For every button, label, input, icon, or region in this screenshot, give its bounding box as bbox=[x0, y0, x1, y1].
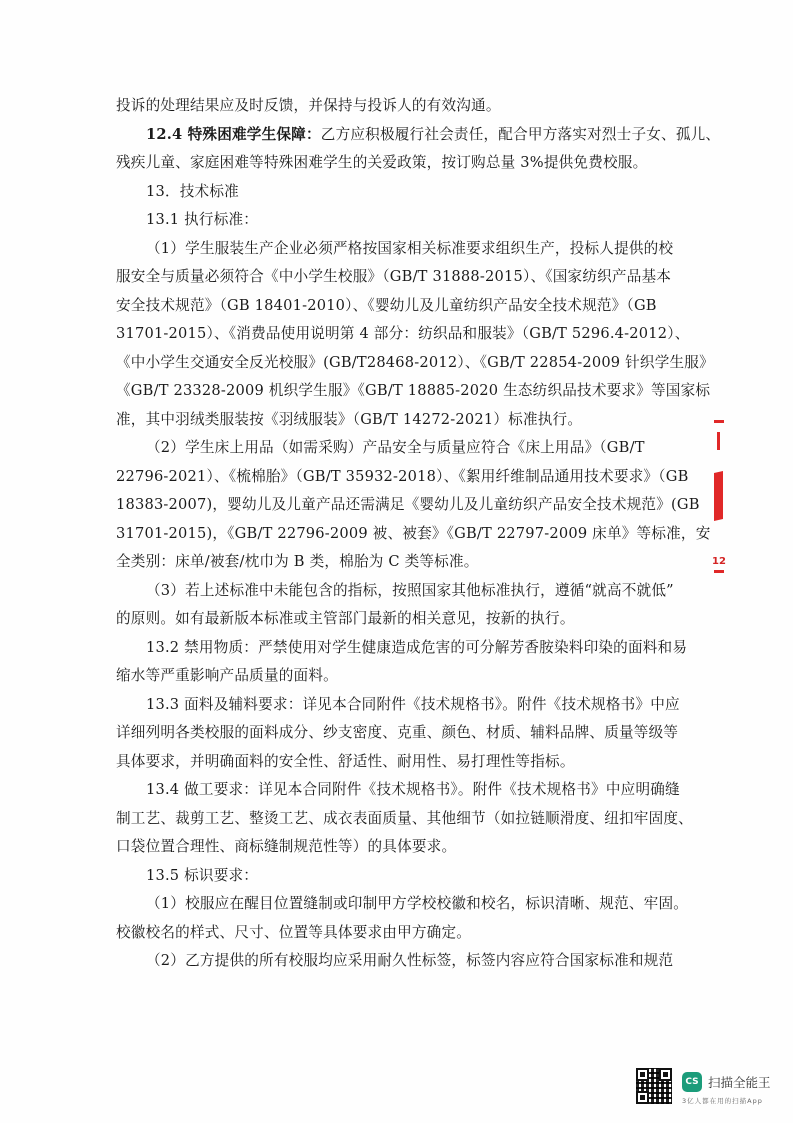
section-label-12-4: 12.4 特殊困难学生保障： bbox=[146, 126, 321, 143]
text-line: 缩水等严重影响产品质量的面料。 bbox=[116, 662, 676, 691]
text-line: 的原则。如有最新版本标准或主管部门最新的相关意见，按新的执行。 bbox=[116, 605, 676, 634]
text-line: 校徽校名的样式、尺寸、位置等具体要求由甲方确定。 bbox=[116, 919, 676, 948]
section-heading-13-1: 13.1 执行标准： bbox=[116, 206, 676, 235]
text-line: （2）学生床上用品（如需采购）产品安全与质量应符合《床上用品》（GB/T bbox=[116, 434, 676, 463]
text-line: 31701-2015)，《GB/T 22796-2009 被、被套》《GB/T … bbox=[116, 520, 676, 549]
app-name: 扫描全能王 bbox=[708, 1073, 771, 1091]
section-13-5: 13.5 标识要求： bbox=[116, 862, 676, 891]
app-tagline: 3亿人都在用的扫描App bbox=[682, 1096, 763, 1105]
text-line: 服安全与质量必须符合《中小学生校服》（GB/T 31888-2015）、《国家纺… bbox=[116, 263, 676, 292]
text-line: （1）学生服装生产企业必须严格按国家相关标准要求组织生产，投标人提供的校 bbox=[116, 235, 676, 264]
text-line: 31701-2015）、《消费品使用说明第 4 部分：纺织品和服装》（GB/T … bbox=[116, 320, 676, 349]
section-13-3: 13.3 面料及辅料要求：详见本合同附件《技术规格书》。附件《技术规格书》中应 bbox=[116, 691, 676, 720]
text-line: 残疾儿童、家庭困难等特殊困难学生的关爱政策，按订购总量 3%提供免费校服。 bbox=[116, 149, 676, 178]
text-line: 准，其中羽绒类服装按《羽绒服装》（GB/T 14272-2021）标准执行。 bbox=[116, 406, 676, 435]
text-line: 详细列明各类校服的面料成分、纱支密度、克重、颜色、材质、辅料品牌、质量等级等 bbox=[116, 719, 676, 748]
camscanner-logo-icon: CS bbox=[682, 1072, 702, 1092]
document-body: 投诉的处理结果应及时反馈，并保持与投诉人的有效沟通。 12.4 特殊困难学生保障… bbox=[116, 92, 676, 976]
section-heading-13: 13．技术标准 bbox=[116, 178, 676, 207]
text-line: 《GB/T 23328-2009 机织学生服》《GB/T 18885-2020 … bbox=[116, 377, 676, 406]
text-line: 投诉的处理结果应及时反馈，并保持与投诉人的有效沟通。 bbox=[116, 92, 676, 121]
document-page: 投诉的处理结果应及时反馈，并保持与投诉人的有效沟通。 12.4 特殊困难学生保障… bbox=[0, 0, 793, 1123]
qr-code-icon bbox=[636, 1068, 672, 1104]
section-13-2: 13.2 禁用物质：严禁使用对学生健康造成危害的可分解芳香胺染料印染的面料和易 bbox=[116, 634, 676, 663]
text-line: 《中小学生交通安全反光校服》(GB/T28468-2012）、《GB/T 228… bbox=[116, 349, 676, 378]
section-text: 乙方应积极履行社会责任，配合甲方落实对烈士子女、孤儿、 bbox=[321, 126, 720, 143]
text-line: 18383-2007)，婴幼儿及儿童产品还需满足《婴幼儿及儿童纺织产品安全技术规… bbox=[116, 491, 676, 520]
text-line: 全类别：床单/被套/枕巾为 B 类，棉胎为 C 类等标准。 bbox=[116, 548, 676, 577]
text-line: 12.4 特殊困难学生保障：乙方应积极履行社会责任，配合甲方落实对烈士子女、孤儿… bbox=[116, 121, 676, 150]
text-line: 具体要求，并明确面料的安全性、舒适性、耐用性、易打理性等指标。 bbox=[116, 748, 676, 777]
seal-stamp-number: 12 bbox=[712, 556, 726, 567]
section-13-4: 13.4 做工要求：详见本合同附件《技术规格书》。附件《技术规格书》中应明确缝 bbox=[116, 776, 676, 805]
text-line: （1）校服应在醒目位置缝制或印制甲方学校校徽和校名，标识清晰、规范、牢固。 bbox=[116, 890, 676, 919]
text-line: （3）若上述标准中未能包含的指标，按照国家其他标准执行，遵循“就高不就低” bbox=[116, 577, 676, 606]
camscanner-watermark: CS 扫描全能王 3亿人都在用的扫描App bbox=[632, 1066, 782, 1112]
text-line: 口袋位置合理性、商标缝制规范性等）的具体要求。 bbox=[116, 833, 676, 862]
text-line: 制工艺、裁剪工艺、整烫工艺、成衣表面质量、其他细节（如拉链顺滑度、纽扣牢固度、 bbox=[116, 805, 676, 834]
text-line: 安全技术规范》（GB 18401-2010）、《婴幼儿及儿童纺织产品安全技术规范… bbox=[116, 292, 676, 321]
text-line: （2）乙方提供的所有校服均应采用耐久性标签，标签内容应符合国家标准和规范 bbox=[116, 947, 676, 976]
text-line: 22796-2021）、《梳棉胎》（GB/T 35932-2018）、《絮用纤维… bbox=[116, 463, 676, 492]
